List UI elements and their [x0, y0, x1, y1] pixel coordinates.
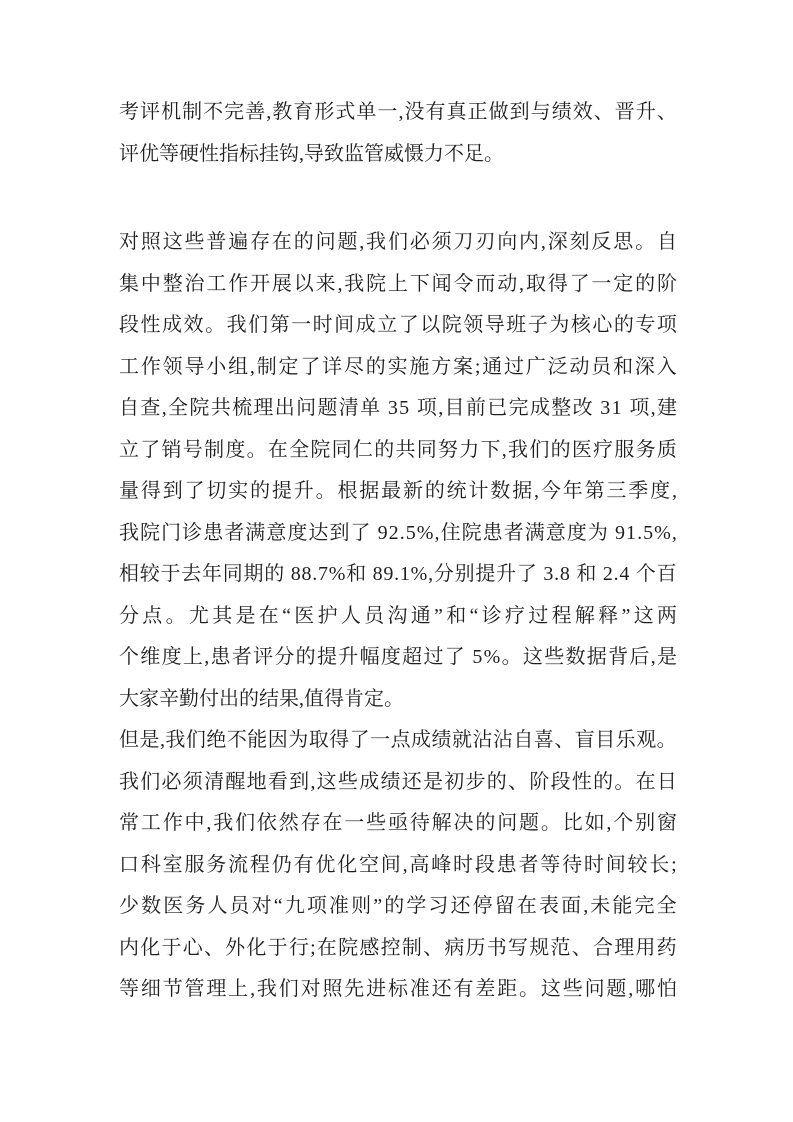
- text-line: 集中整治工作开展以来,我院上下闻令而动,取得了一定的阶: [119, 264, 677, 306]
- text-line: 立了销号制度。在全院同仁的共同努力下,我们的医疗服务质: [119, 430, 677, 472]
- document-page: 考评机制不完善,教育形式单一,没有真正做到与绩效、晋升、评优等硬性指标挂钩,导致…: [0, 0, 793, 1122]
- text-line: 内化于心、外化于行;在院感控制、病历书写规范、合理用药: [119, 928, 677, 970]
- text-line: 但是,我们绝不能因为取得了一点成绩就沾沾自喜、盲目乐观。: [119, 720, 677, 762]
- paragraph: 对照这些普遍存在的问题,我们必须刀刃向内,深刻反思。自集中整治工作开展以来,我院…: [119, 222, 677, 720]
- text-line: 口科室服务流程仍有优化空间,高峰时段患者等待时间较长;: [119, 845, 677, 887]
- paragraph: 但是,我们绝不能因为取得了一点成绩就沾沾自喜、盲目乐观。我们必须清醒地看到,这些…: [119, 720, 677, 1011]
- text-line: 个维度上,患者评分的提升幅度超过了 5%。这些数据背后,是: [119, 637, 677, 679]
- text-line: 大家辛勤付出的结果,值得肯定。: [119, 679, 677, 721]
- text-line: 等细节管理上,我们对照先进标准还有差距。这些问题,哪怕: [119, 969, 677, 1011]
- text-line: 我院门诊患者满意度达到了 92.5%,住院患者满意度为 91.5%,: [119, 513, 677, 555]
- text-line: 对照这些普遍存在的问题,我们必须刀刃向内,深刻反思。自: [119, 222, 677, 264]
- text-line: 相较于去年同期的 88.7%和 89.1%,分别提升了 3.8 和 2.4 个百: [119, 554, 677, 596]
- text-line: 自查,全院共梳理出问题清单 35 项,目前已完成整改 31 项,建: [119, 388, 677, 430]
- text-line: 分点。尤其是在“医护人员沟通”和“诊疗过程解释”这两: [119, 596, 677, 638]
- text-line: 常工作中,我们依然存在一些亟待解决的问题。比如,个别窗: [119, 803, 677, 845]
- text-line: 评优等硬性指标挂钩,导致监管威慑力不足。: [119, 134, 677, 176]
- paragraph: 考评机制不完善,教育形式单一,没有真正做到与绩效、晋升、评优等硬性指标挂钩,导致…: [119, 92, 677, 175]
- text-line: 我们必须清醒地看到,这些成绩还是初步的、阶段性的。在日: [119, 762, 677, 804]
- text-line: 少数医务人员对“九项准则”的学习还停留在表面,未能完全: [119, 886, 677, 928]
- text-line: 工作领导小组,制定了详尽的实施方案;通过广泛动员和深入: [119, 347, 677, 389]
- document-body: 考评机制不完善,教育形式单一,没有真正做到与绩效、晋升、评优等硬性指标挂钩,导致…: [119, 92, 677, 1011]
- text-line: 段性成效。我们第一时间成立了以院领导班子为核心的专项: [119, 305, 677, 347]
- text-line: 量得到了切实的提升。根据最新的统计数据,今年第三季度,: [119, 471, 677, 513]
- text-line: 考评机制不完善,教育形式单一,没有真正做到与绩效、晋升、: [119, 92, 677, 134]
